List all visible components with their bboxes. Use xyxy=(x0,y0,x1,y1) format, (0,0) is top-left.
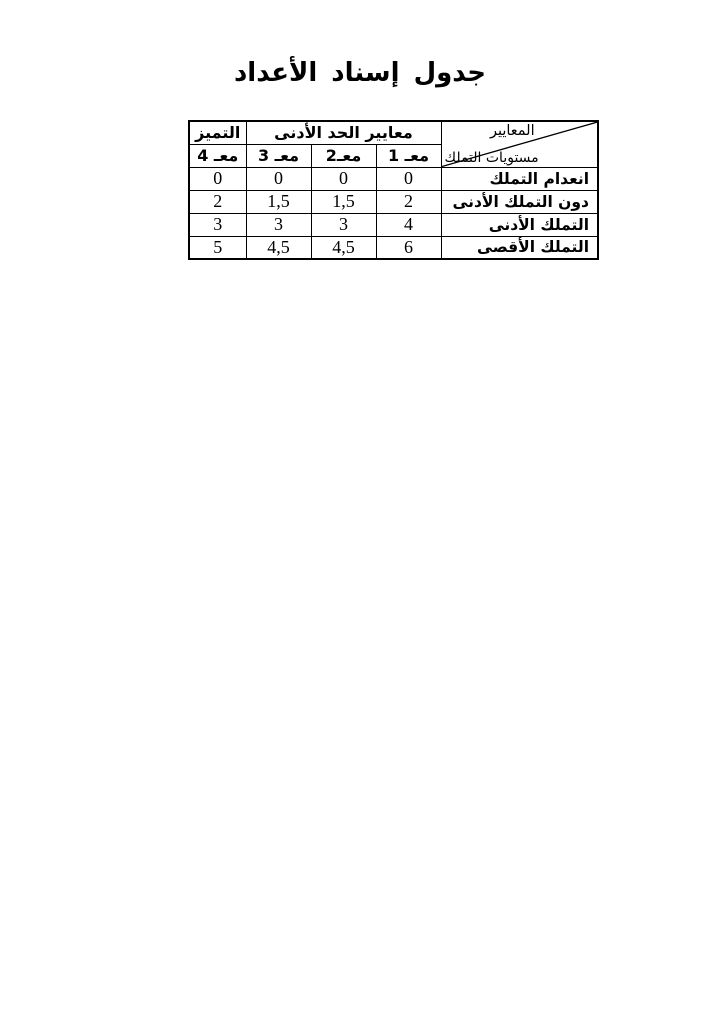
score-cell: 1,5 xyxy=(311,190,376,213)
score-cell: 6 xyxy=(376,236,441,259)
score-cell: 2 xyxy=(376,190,441,213)
score-cell: 1,5 xyxy=(246,190,311,213)
row-label: التملك الأدنى xyxy=(441,213,598,236)
score-cell: 5 xyxy=(189,236,246,259)
score-cell: 2 xyxy=(189,190,246,213)
table-row-below-min-mastery: دون التملك الأدنى 2 1,5 1,5 2 xyxy=(189,190,598,213)
score-cell: 4,5 xyxy=(246,236,311,259)
score-cell: 0 xyxy=(246,167,311,190)
header-row-1: المعايير مستويات التملك معايير الحد الأد… xyxy=(189,121,598,144)
row-label: دون التملك الأدنى xyxy=(441,190,598,213)
score-table-container: المعايير مستويات التملك معايير الحد الأد… xyxy=(188,120,599,260)
score-cell: 4,5 xyxy=(311,236,376,259)
table-row-no-mastery: انعدام التملك 0 0 0 0 xyxy=(189,167,598,190)
corner-label-criteria: المعايير xyxy=(442,123,584,139)
header-criterion-2: معـ2 xyxy=(311,144,376,167)
header-min-threshold-criteria: معايير الحد الأدنى xyxy=(246,121,441,144)
header-criterion-4: معـ 4 xyxy=(189,144,246,167)
page-title: جدول إسناد الأعداد xyxy=(0,58,720,88)
corner-label-mastery-levels: مستويات التملك xyxy=(445,150,539,166)
score-cell: 3 xyxy=(311,213,376,236)
score-cell: 4 xyxy=(376,213,441,236)
score-cell: 3 xyxy=(189,213,246,236)
score-assignment-table: المعايير مستويات التملك معايير الحد الأد… xyxy=(188,120,599,260)
table-row-min-mastery: التملك الأدنى 4 3 3 3 xyxy=(189,213,598,236)
header-excellence: التميز xyxy=(189,121,246,144)
row-label: انعدام التملك xyxy=(441,167,598,190)
score-cell: 0 xyxy=(376,167,441,190)
corner-cell: المعايير مستويات التملك xyxy=(441,121,598,167)
score-cell: 0 xyxy=(189,167,246,190)
row-label: التملك الأقصى xyxy=(441,236,598,259)
score-cell: 0 xyxy=(311,167,376,190)
header-criterion-3: معـ 3 xyxy=(246,144,311,167)
table-row-max-mastery: التملك الأقصى 6 4,5 4,5 5 xyxy=(189,236,598,259)
score-cell: 3 xyxy=(246,213,311,236)
header-criterion-1: معـ 1 xyxy=(376,144,441,167)
